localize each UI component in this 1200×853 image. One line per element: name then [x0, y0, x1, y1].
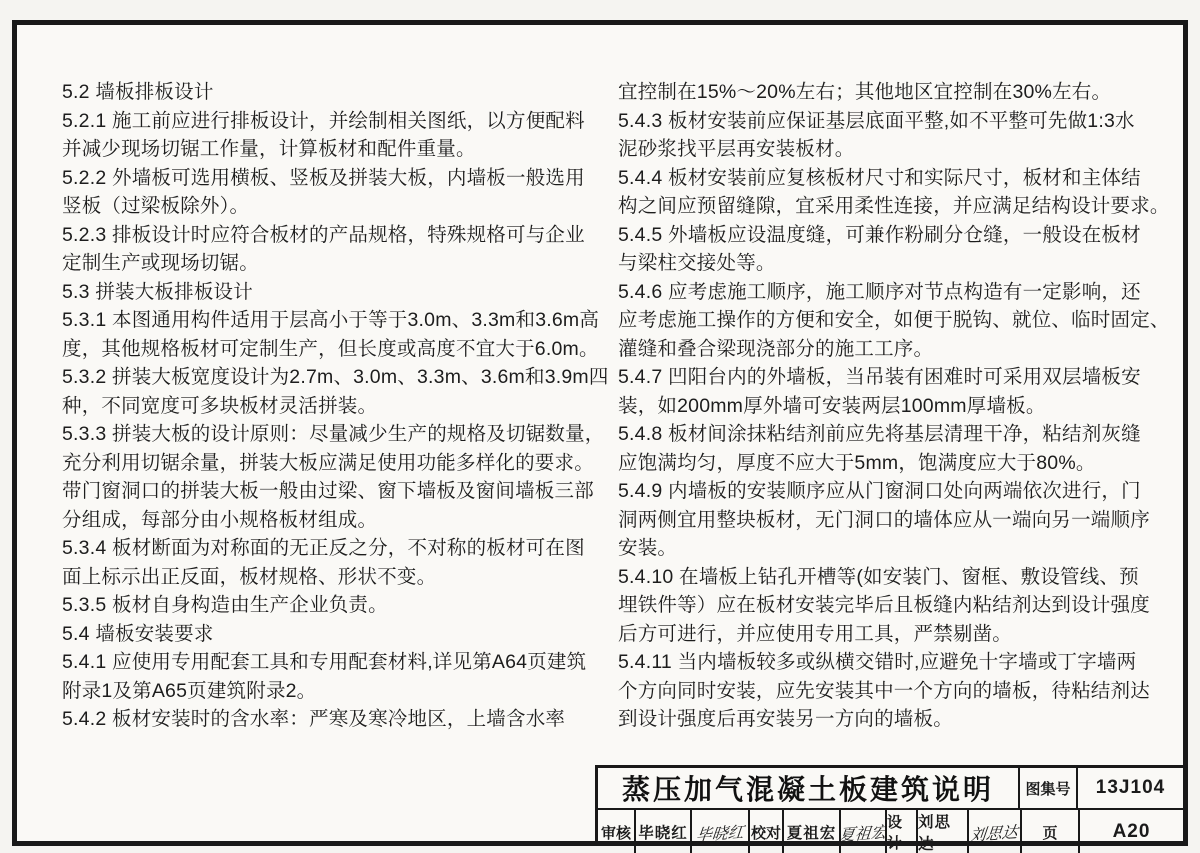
proofreader-name: 夏祖宏: [782, 810, 839, 853]
text-line: 与梁柱交接处等。: [618, 249, 1148, 278]
designer-label: 设计: [885, 810, 916, 853]
designer-name: 刘思达: [916, 810, 967, 853]
text-line: 5.4.7 凹阳台内的外墙板，当吊装有困难时可采用双层墙板安: [618, 363, 1148, 392]
text-line: 5.3.2 拼装大板宽度设计为2.7m、3.0m、3.3m、3.6m和3.9m四: [62, 363, 586, 392]
text-line: 5.4.10 在墙板上钻孔开槽等(如安装门、窗框、敷设管线、预: [618, 563, 1148, 592]
title-block-row-credits: 审核 毕晓红 毕晓红 校对 夏祖宏 夏祖宏 设计 刘思达 刘思达 页 A20: [598, 810, 1183, 853]
text-line: 宜控制在15%～20%左右；其他地区宜控制在30%左右。: [618, 78, 1148, 107]
text-line: 5.4.11 当内墙板较多或纵横交错时,应避免十字墙或丁字墙两: [618, 648, 1148, 677]
page-label: 页: [1020, 810, 1078, 853]
text-line: 定制生产或现场切锯。: [62, 249, 586, 278]
text-line: 5.4.9 内墙板的安装顺序应从门窗洞口处向两端依次进行，门: [618, 477, 1148, 506]
title-block: 蒸压加气混凝土板建筑说明 图集号 13J104 审核 毕晓红 毕晓红 校对 夏祖…: [595, 765, 1183, 841]
text-line: 装，如200mm厚外墙可安装两层100mm厚墙板。: [618, 392, 1148, 421]
text-line: 5.3 拼装大板排板设计: [62, 278, 586, 307]
text-line: 竖板（过梁板除外）。: [62, 192, 586, 221]
title-block-row-title: 蒸压加气混凝土板建筑说明 图集号 13J104: [598, 768, 1183, 810]
signature-handwriting: 刘思达: [969, 819, 1019, 846]
right-text-column: 宜控制在15%～20%左右；其他地区宜控制在30%左右。5.4.3 板材安装前应…: [618, 78, 1148, 734]
text-line: 分组成，每部分由小规格板材组成。: [62, 506, 586, 535]
text-line: 附录1及第A65页建筑附录2。: [62, 677, 586, 706]
text-line: 5.4 墙板安装要求: [62, 620, 586, 649]
signature-handwriting: 夏祖宏: [839, 819, 885, 846]
text-line: 5.2.3 排板设计时应符合板材的产品规格，特殊规格可与企业: [62, 221, 586, 250]
text-line: 5.4.5 外墙板应设温度缝，可兼作粉刷分仓缝，一般设在板材: [618, 221, 1148, 250]
reviewer-name: 毕晓红: [634, 810, 690, 853]
text-line: 5.3.1 本图通用构件适用于层高小于等于3.0m、3.3m和3.6m高: [62, 306, 586, 335]
text-line: 泥砂浆找平层再安装板材。: [618, 135, 1148, 164]
signature-handwriting: 毕晓红: [695, 819, 745, 846]
text-line: 5.3.5 板材自身构造由生产企业负责。: [62, 591, 586, 620]
text-line: 5.4.2 板材安装时的含水率：严寒及寒冷地区，上墙含水率: [62, 705, 586, 734]
text-line: 并减少现场切锯工作量，计算板材和配件重量。: [62, 135, 586, 164]
scanned-document-page: { "document": { "left_column_lines": [ "…: [0, 0, 1200, 853]
text-line: 洞两侧宜用整块板材，无门洞口的墙体应从一端向另一端顺序: [618, 506, 1148, 535]
text-line: 灌缝和叠合梁现浇部分的施工工序。: [618, 335, 1148, 364]
page-number: A20: [1078, 810, 1183, 853]
text-line: 充分利用切锯余量，拼装大板应满足使用功能多样化的要求。: [62, 449, 586, 478]
text-line: 5.4.3 板材安装前应保证基层底面平整,如不平整可先做1:3水: [618, 107, 1148, 136]
reviewer-signature: 毕晓红: [690, 810, 748, 853]
designer-signature: 刘思达: [967, 810, 1020, 853]
text-line: 5.2 墙板排板设计: [62, 78, 586, 107]
text-line: 度，其他规格板材可定制生产，但长度或高度不宜大于6.0m。: [62, 335, 586, 364]
reviewer-label: 审核: [598, 810, 634, 853]
text-line: 种，不同宽度可多块板材灵活拼装。: [62, 392, 586, 421]
text-line: 5.3.4 板材断面为对称面的无正反之分，不对称的板材可在图: [62, 534, 586, 563]
drawing-title: 蒸压加气混凝土板建筑说明: [598, 768, 1018, 808]
text-line: 面上标示出正反面，板材规格、形状不变。: [62, 563, 586, 592]
text-line: 5.4.8 板材间涂抹粘结剂前应先将基层清理干净，粘结剂灰缝: [618, 420, 1148, 449]
text-line: 5.3.3 拼装大板的设计原则：尽量减少生产的规格及切锯数量，: [62, 420, 586, 449]
page-border-frame: 5.2 墙板排板设计5.2.1 施工前应进行排板设计，并绘制相关图纸，以方便配料…: [12, 20, 1188, 846]
text-line: 构之间应预留缝隙，宜采用柔性连接，并应满足结构设计要求。: [618, 192, 1148, 221]
text-line: 个方向同时安装，应先安装其中一个方向的墙板，待粘结剂达: [618, 677, 1148, 706]
text-line: 5.4.1 应使用专用配套工具和专用配套材料,详见第A64页建筑: [62, 648, 586, 677]
text-line: 应饱满均匀，厚度不应大于5mm，饱满度应大于80%。: [618, 449, 1148, 478]
text-line: 5.2.2 外墙板可选用横板、竖板及拼装大板，内墙板一般选用: [62, 164, 586, 193]
atlas-number-label: 图集号: [1018, 768, 1076, 808]
text-line: 应考虑施工操作的方便和安全，如便于脱钩、就位、临时固定、: [618, 306, 1148, 335]
atlas-number-value: 13J104: [1076, 768, 1183, 808]
text-line: 埋铁件等）应在板材安装完毕后且板缝内粘结剂达到设计强度: [618, 591, 1148, 620]
text-line: 5.2.1 施工前应进行排板设计，并绘制相关图纸，以方便配料: [62, 107, 586, 136]
text-line: 安装。: [618, 534, 1148, 563]
text-line: 到设计强度后再安装另一方向的墙板。: [618, 705, 1148, 734]
text-line: 带门窗洞口的拼装大板一般由过梁、窗下墙板及窗间墙板三部: [62, 477, 586, 506]
proofreader-label: 校对: [748, 810, 782, 853]
text-line: 5.4.4 板材安装前应复核板材尺寸和实际尺寸，板材和主体结: [618, 164, 1148, 193]
proofreader-signature: 夏祖宏: [839, 810, 885, 853]
text-line: 5.4.6 应考虑施工顺序，施工顺序对节点构造有一定影响，还: [618, 278, 1148, 307]
text-line: 后方可进行，并应使用专用工具，严禁剔凿。: [618, 620, 1148, 649]
left-text-column: 5.2 墙板排板设计5.2.1 施工前应进行排板设计，并绘制相关图纸，以方便配料…: [62, 78, 586, 734]
